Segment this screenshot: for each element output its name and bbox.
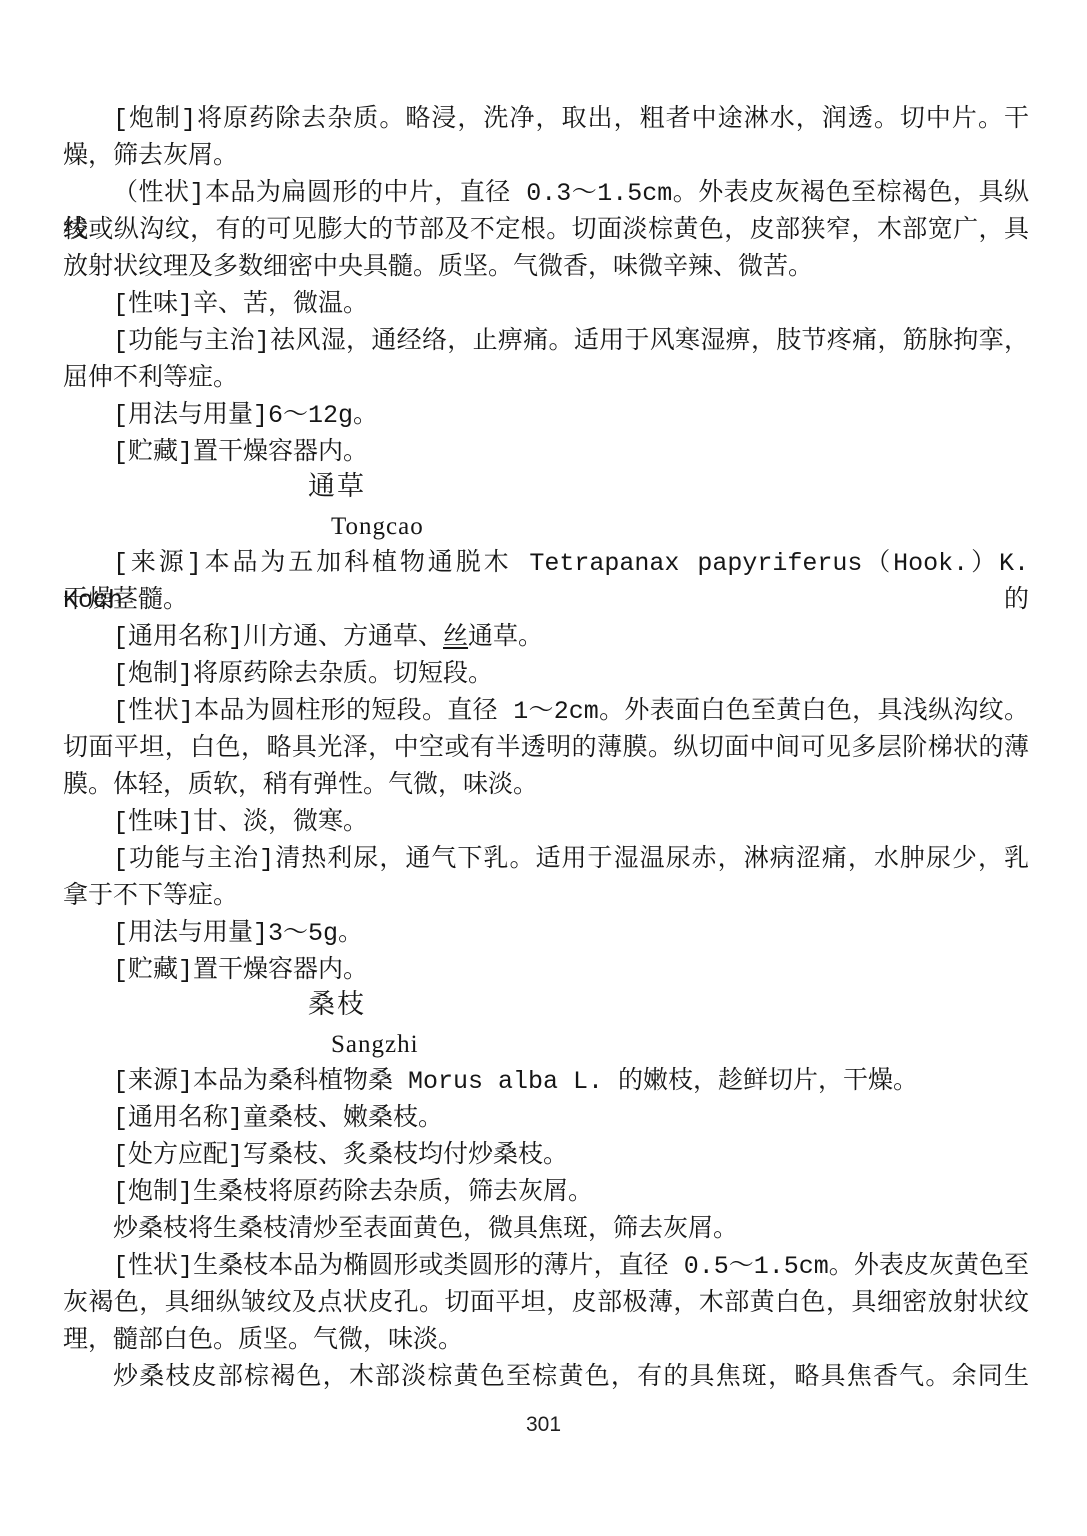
text-line: [炮制]将原药除去杂质。切短段。 bbox=[63, 656, 1029, 693]
text-line: [通用名称]川方通、方通草、丝通草。 bbox=[63, 619, 1029, 656]
text-line: 灰褐色，具细纵皱纹及点状皮孔。切面平坦，皮部极薄，木部黄白色，具细密放射状纹 bbox=[63, 1285, 1029, 1322]
scanned-page: [炮制]将原药除去杂质。略浸，洗净，取出，粗者中途淋水，润透。切中片。干 燥，筛… bbox=[63, 101, 1029, 1396]
text-line: [功能与主治]祛风湿，通经络，止痹痛。适用于风寒湿痹，肢节疼痛，筋脉拘挛， bbox=[63, 323, 1029, 360]
text-line: 理，髓部白色。质坚。气微，味淡。 bbox=[63, 1322, 1029, 1359]
text-line: 切面平坦，白色，略具光泽，中空或有半透明的薄膜。纵切面中间可见多层阶梯状的薄 bbox=[63, 730, 1029, 767]
text-line: [性状]生桑枝本品为椭圆形或类圆形的薄片，直径 0.5～1.5cm。外表皮灰黄色… bbox=[63, 1248, 1029, 1285]
text-line: 燥，筛去灰屑。 bbox=[63, 138, 1029, 175]
monograph-title-cn-tongcao: 通草 bbox=[63, 471, 1029, 508]
text-line: 炒桑枝皮部棕褐色，木部淡棕黄色至棕黄色，有的具焦斑，略具焦香气。余同生 bbox=[63, 1359, 1029, 1396]
text-line: [炮制]生桑枝将原药除去杂质，筛去灰屑。 bbox=[63, 1174, 1029, 1211]
text-line: 屈伸不利等症。 bbox=[63, 360, 1029, 397]
text-line: [来源]本品为桑科植物桑 Morus alba L. 的嫩枝，趁鲜切片，干燥。 bbox=[63, 1063, 1029, 1100]
text-line: [贮藏]置干燥容器内。 bbox=[63, 434, 1029, 471]
text-line: [性味]甘、淡，微寒。 bbox=[63, 804, 1029, 841]
monograph-title-pinyin-tongcao: Tongcao bbox=[63, 508, 1029, 545]
text-line: 线或纵沟纹，有的可见膨大的节部及不定根。切面淡棕黄色，皮部狭窄，木部宽广，具 bbox=[63, 212, 1029, 249]
text-line: 拿于不下等症。 bbox=[63, 878, 1029, 915]
text-line: [性状]本品为圆柱形的短段。直径 1～2cm。外表面白色至黄白色，具浅纵沟纹。 bbox=[63, 693, 1029, 730]
monograph-title-pinyin-sangzhi: Sangzhi bbox=[63, 1026, 1029, 1063]
text-line: [性味]辛、苦，微温。 bbox=[63, 286, 1029, 323]
text-segment: 通草。 bbox=[468, 623, 543, 652]
text-line: [用法与用量]6～12g。 bbox=[63, 397, 1029, 434]
text-line: [处方应配]写桑枝、炙桑枝均付炒桑枝。 bbox=[63, 1137, 1029, 1174]
text-line: 膜。体轻，质软，稍有弹性。气微，味淡。 bbox=[63, 767, 1029, 804]
text-line: [炮制]将原药除去杂质。略浸，洗净，取出，粗者中途淋水，润透。切中片。干 bbox=[63, 101, 1029, 138]
text-segment: [通用名称]川方通、方通草、 bbox=[113, 623, 443, 652]
text-line: 炒桑枝将生桑枝清炒至表面黄色，微具焦斑，筛去灰屑。 bbox=[63, 1211, 1029, 1248]
monograph-title-cn-sangzhi: 桑枝 bbox=[63, 989, 1029, 1026]
text-line: [贮藏]置干燥容器内。 bbox=[63, 952, 1029, 989]
text-line: [用法与用量]3～5g。 bbox=[63, 915, 1029, 952]
underlined-text: 丝 bbox=[443, 623, 468, 652]
text-line: [功能与主治]清热利尿，通气下乳。适用于湿温尿赤，淋病涩痛，水肿尿少，乳 bbox=[63, 841, 1029, 878]
text-line: 放射状纹理及多数细密中央具髓。质坚。气微香，味微辛辣、微苦。 bbox=[63, 249, 1029, 286]
text-line: [通用名称]童桑枝、嫩桑枝。 bbox=[63, 1100, 1029, 1137]
page-number: 301 bbox=[0, 1413, 1087, 1437]
text-line: [来源]本品为五加科植物通脱木 Tetrapanax papyriferus（H… bbox=[63, 545, 1029, 582]
text-line: （性状]本品为扁圆形的中片，直径 0.3～1.5cm。外表皮灰褐色至棕褐色，具纵… bbox=[63, 175, 1029, 212]
